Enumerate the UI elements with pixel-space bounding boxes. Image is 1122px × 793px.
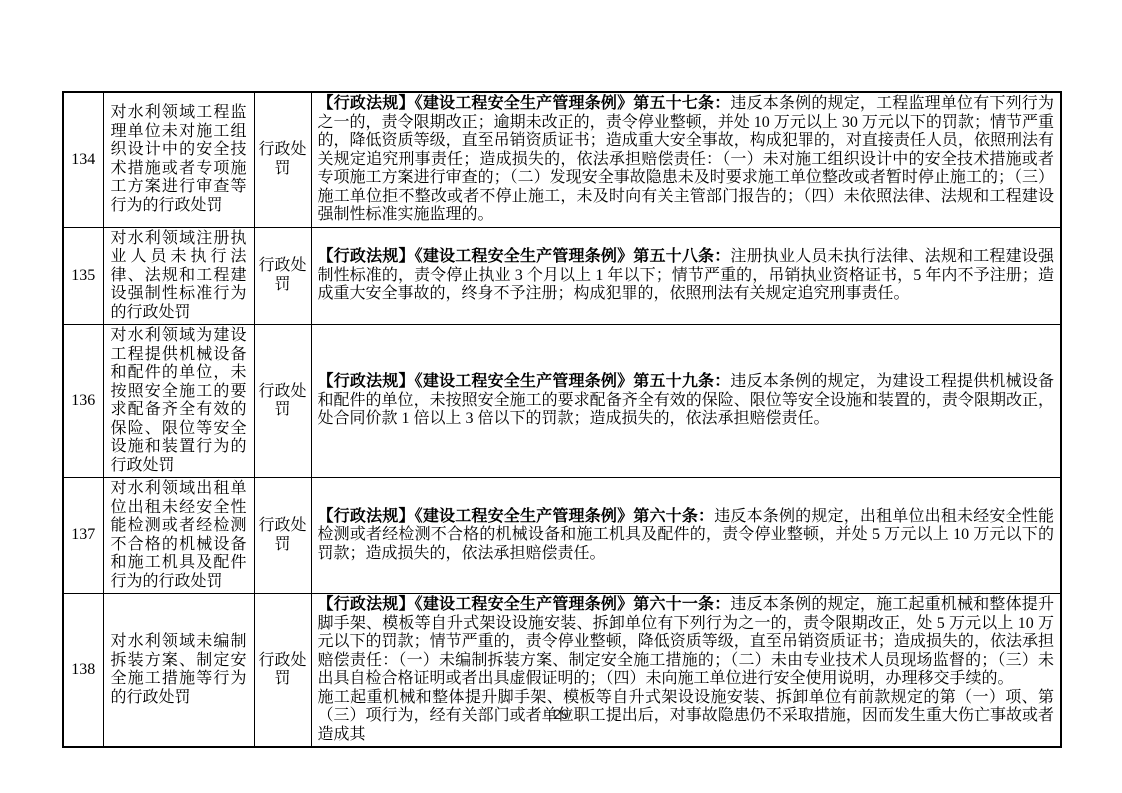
legal-basis: 【行政法规】《建设工程安全生产管理条例》第五十七条：违反本条例的规定，工程监理单… (311, 92, 1061, 227)
page-number: 29 (0, 706, 1122, 722)
table-row: 135 对水利领域注册执业人员未执行法律、法规和工程建设强制性标准行为的行政处罚… (63, 227, 1061, 325)
legal-basis-body: 违反本条例的规定，工程监理单位有下列行为之一的，责令限期改正；逾期未改正的，责令… (318, 95, 1055, 223)
row-number: 138 (63, 594, 103, 748)
penalty-type: 行政处罚 (254, 325, 311, 478)
legal-basis: 【行政法规】《建设工程安全生产管理条例》第五十八条：注册执业人员未执行法律、法规… (311, 227, 1061, 325)
table-row: 138 对水利领域未编制拆装方案、制定安全施工措施等行为的行政处罚 行政处罚 【… (63, 594, 1061, 748)
legal-basis: 【行政法规】《建设工程安全生产管理条例》第五十九条：违反本条例的规定，为建设工程… (311, 325, 1061, 478)
table-row: 137 对水利领域出租单位出租未经安全性能检测或者经检测不合格的机械设备和施工机… (63, 478, 1061, 594)
legal-basis: 【行政法规】《建设工程安全生产管理条例》第六十一条：违反本条例的规定，施工起重机… (311, 594, 1061, 748)
penalty-item: 对水利领域出租单位出租未经安全性能检测或者经检测不合格的机械设备和施工机具及配件… (103, 478, 254, 594)
penalty-type: 行政处罚 (254, 594, 311, 748)
penalty-type: 行政处罚 (254, 227, 311, 325)
penalty-item: 对水利领域为建设工程提供机械设备和配件的单位，未按照安全施工的要求配备齐全有效的… (103, 325, 254, 478)
table-row: 134 对水利领域工程监理单位未对施工组织设计中的安全技术措施或者专项施工方案进… (63, 92, 1061, 227)
row-number: 134 (63, 92, 103, 227)
penalty-type: 行政处罚 (254, 478, 311, 594)
legal-basis: 【行政法规】《建设工程安全生产管理条例》第六十条：违反本条例的规定，出租单位出租… (311, 478, 1061, 594)
legal-basis-lead: 【行政法规】《建设工程安全生产管理条例》第六十条： (318, 508, 715, 525)
penalty-type: 行政处罚 (254, 92, 311, 227)
table-row: 136 对水利领域为建设工程提供机械设备和配件的单位，未按照安全施工的要求配备齐… (63, 325, 1061, 478)
row-number: 137 (63, 478, 103, 594)
legal-basis-lead: 【行政法规】《建设工程安全生产管理条例》第六十一条： (318, 596, 731, 613)
penalty-item: 对水利领域注册执业人员未执行法律、法规和工程建设强制性标准行为的行政处罚 (103, 227, 254, 325)
row-number: 135 (63, 227, 103, 325)
row-number: 136 (63, 325, 103, 478)
penalty-item: 对水利领域未编制拆装方案、制定安全施工措施等行为的行政处罚 (103, 594, 254, 748)
penalty-item: 对水利领域工程监理单位未对施工组织设计中的安全技术措施或者专项施工方案进行审查等… (103, 92, 254, 227)
legal-basis-lead: 【行政法规】《建设工程安全生产管理条例》第五十九条： (318, 373, 731, 390)
legal-basis-lead: 【行政法规】《建设工程安全生产管理条例》第五十八条： (318, 248, 731, 265)
penalty-table: 134 对水利领域工程监理单位未对施工组织设计中的安全技术措施或者专项施工方案进… (62, 91, 1062, 748)
legal-basis-lead: 【行政法规】《建设工程安全生产管理条例》第五十七条： (318, 95, 731, 112)
document-page: 134 对水利领域工程监理单位未对施工组织设计中的安全技术措施或者专项施工方案进… (0, 0, 1122, 793)
